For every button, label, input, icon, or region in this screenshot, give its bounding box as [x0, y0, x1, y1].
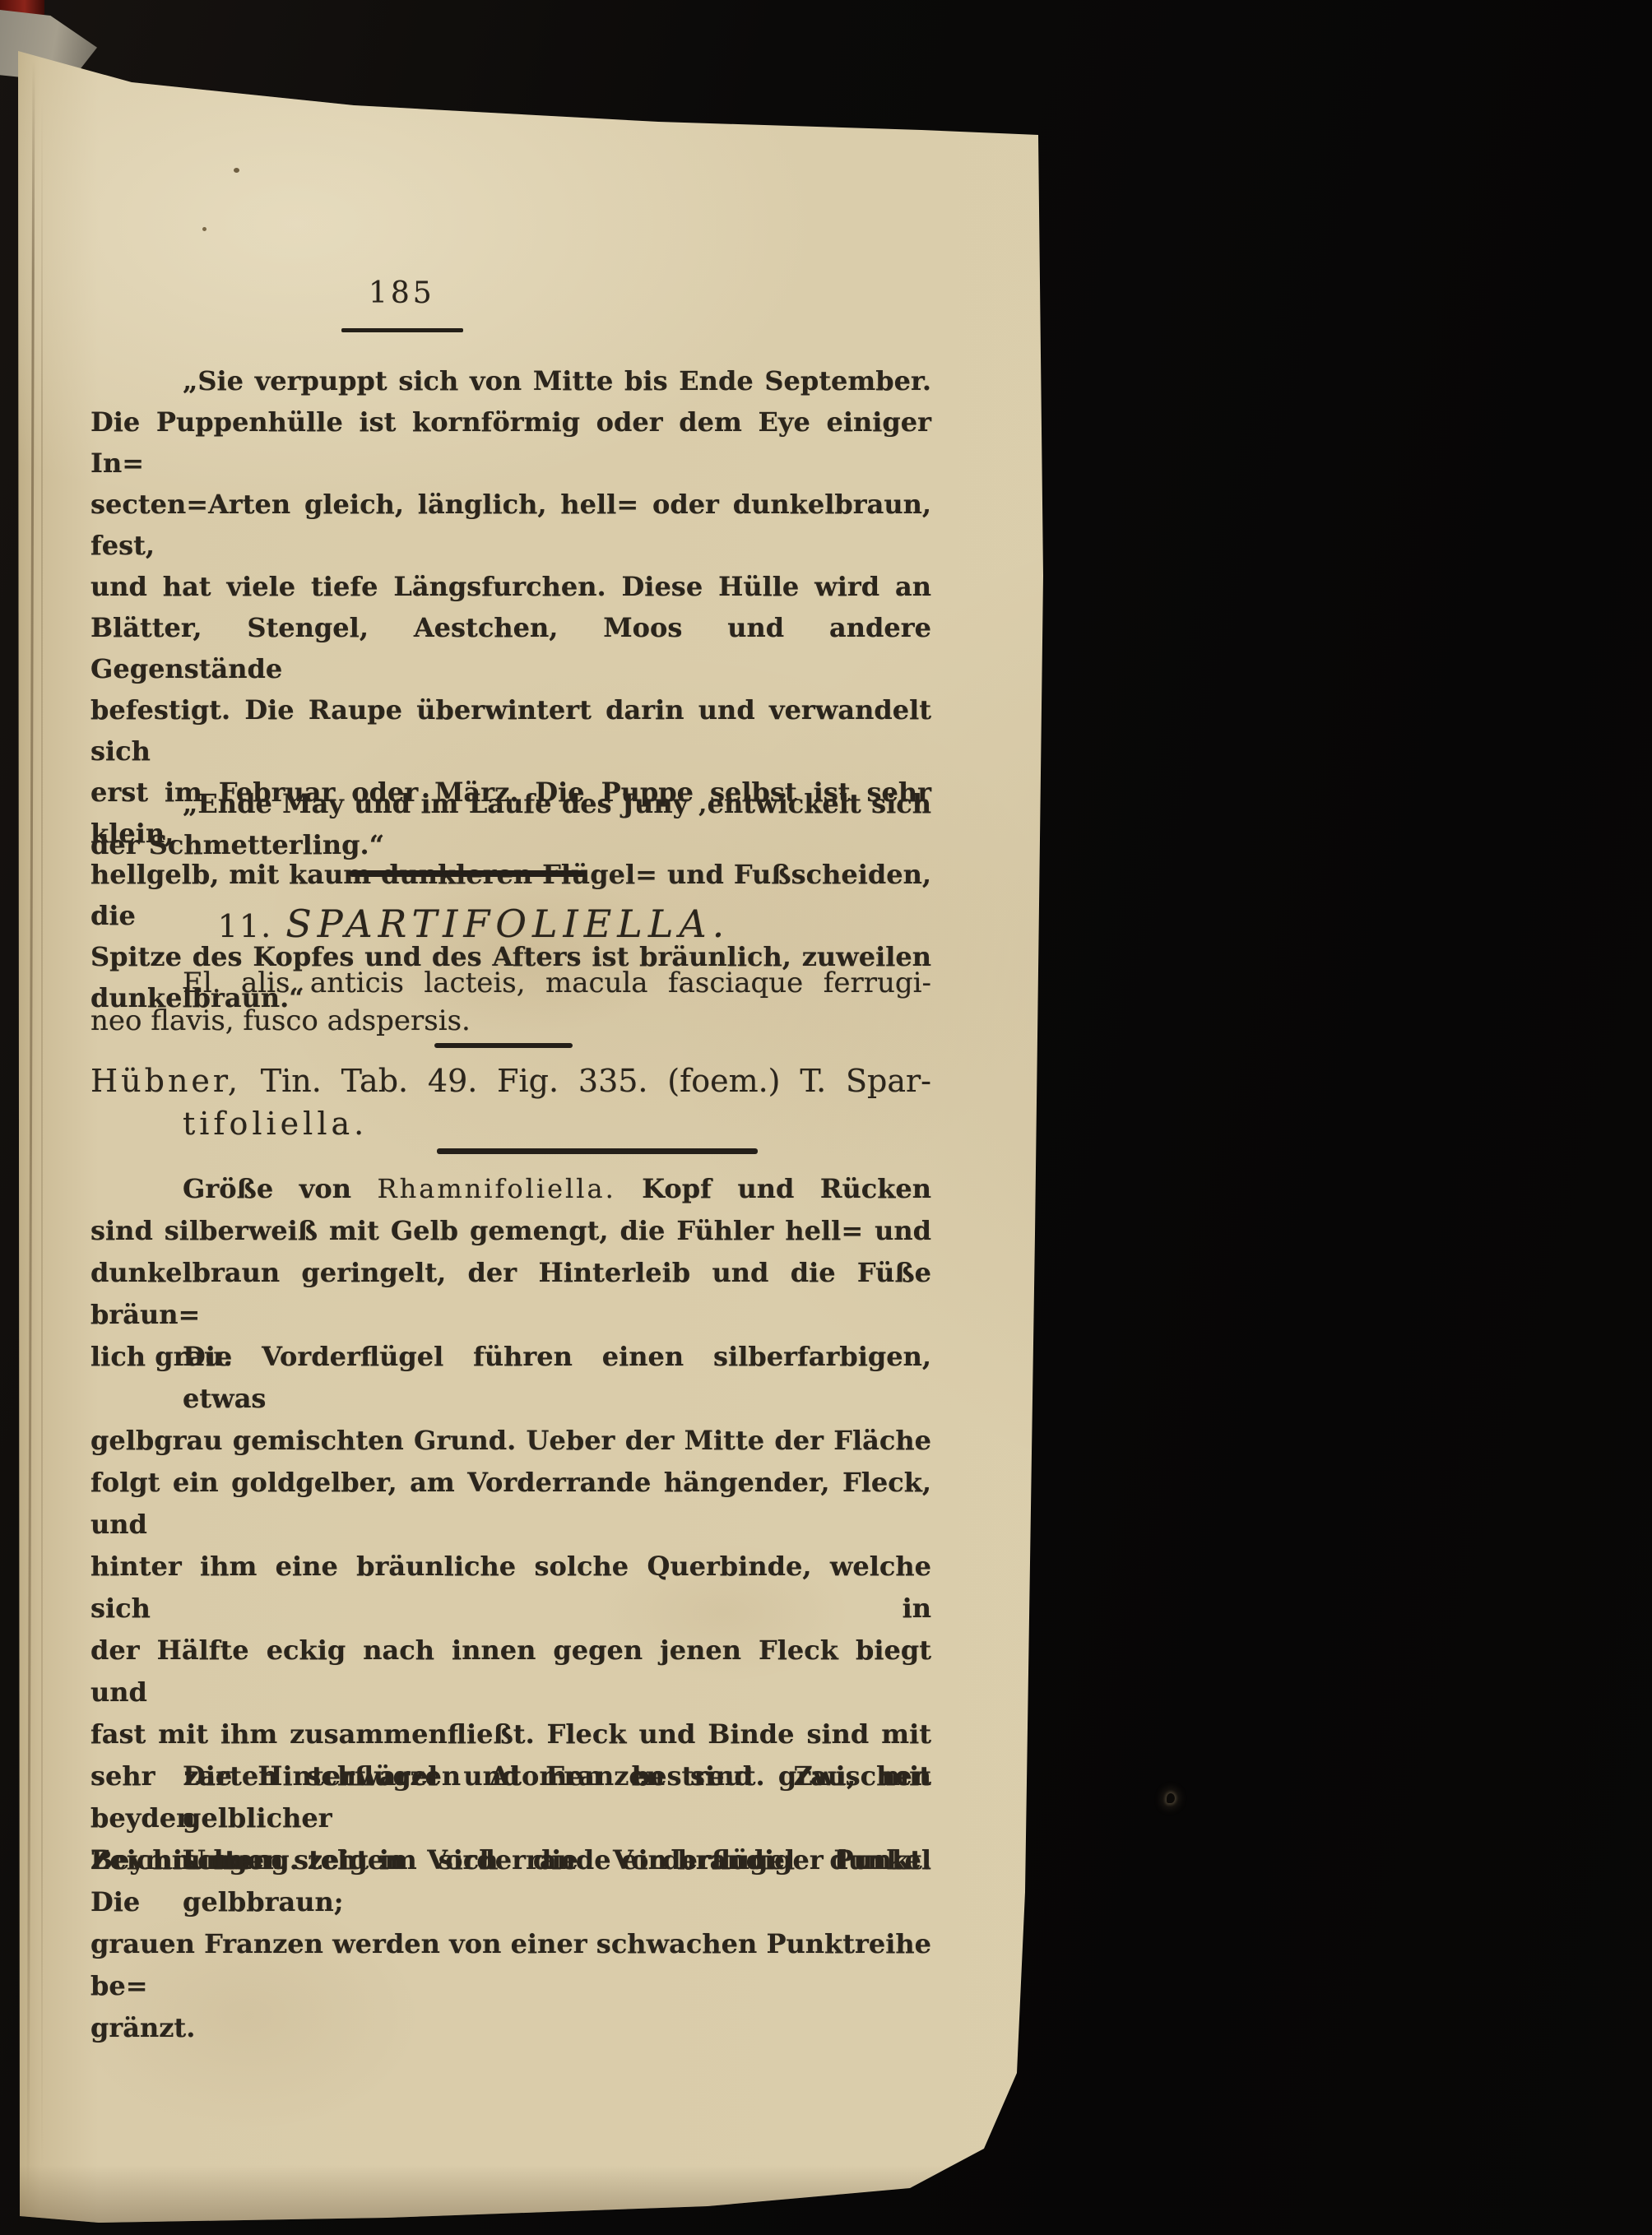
body-text-line: Blätter, Stengel, Aestchen, Moos und and…	[90, 607, 931, 689]
body-text-line: „Ende May und im Laufe des Juny ‚entwick…	[90, 783, 931, 824]
body-text-line: folgt ein goldgelber, am Vorderrande hän…	[90, 1462, 931, 1546]
species-heading: 11.SPARTIFOLIELLA.	[90, 902, 931, 946]
body-text-line: Unten zeigen sich die Vorderflügel dunke…	[90, 1839, 931, 1923]
body-text-line: dunkelbraun geringelt, der Hinterleib un…	[90, 1252, 931, 1336]
body-text-line: der Hälfte eckig nach innen gegen jenen …	[90, 1630, 931, 1713]
species-number: 11.	[218, 908, 272, 944]
body-text-line: befestigt. Die Raupe überwintert darin u…	[90, 689, 931, 772]
body-text-line: gelbgrau gemischten Grund. Ueber der Mit…	[90, 1420, 931, 1462]
page-number-underline	[341, 328, 463, 332]
body-text-line: fast mit ihm zusammenfließt. Fleck und B…	[90, 1713, 931, 1755]
latin-text-line: El. alis anticis lacteis, macula fasciaq…	[90, 964, 931, 1002]
size-tail-text: Kopf und Rücken	[642, 1173, 931, 1204]
body-text-line: Die Vorderflügel führen einen silberfarb…	[90, 1336, 931, 1420]
body-text-line: grauen Franzen werden von einer schwache…	[90, 1923, 931, 2007]
body-text-line: und hat viele tiefe Längsfurchen. Diese …	[90, 566, 931, 607]
reference-divider-bottom	[437, 1148, 758, 1154]
latin-text-line: neo flavis, fusco adspersis.	[90, 1002, 931, 1040]
scanned-book-page-photo: 185 „Sie verpuppt sich von Mitte bis End…	[0, 0, 1652, 2235]
paper-speck	[202, 227, 206, 231]
paragraph-size-first-line: Größe von Rhamnifoliella. Kopf und Rücke…	[90, 1168, 931, 1210]
body-text-line: secten=Arten gleich, länglich, hell= ode…	[90, 484, 931, 566]
section-divider-rule	[350, 870, 587, 877]
compared-species-name: Rhamnifoliella.	[378, 1173, 616, 1204]
body-text-line: Die Puppenhülle ist kornförmig oder dem …	[90, 401, 931, 484]
paragraph-forewings: Die Vorderflügel führen einen silberfarb…	[90, 1336, 931, 2049]
page-crease-line-2	[41, 99, 43, 2172]
latin-diagnosis: El. alis anticis lacteis, macula fasciaq…	[90, 964, 931, 1040]
body-text-line: gränzt.	[90, 2007, 931, 2049]
reference-citation: Tin. Tab. 49. Fig. 335. (foem.) T. Spar-	[261, 1063, 931, 1099]
page-number: 185	[369, 276, 435, 310]
body-text-line: „Sie verpuppt sich von Mitte bis Ende Se…	[90, 360, 931, 401]
reference-block: Hübner, Tin. Tab. 49. Fig. 335. (foem.) …	[90, 1060, 931, 1145]
size-lead-text: Größe von	[183, 1173, 351, 1204]
species-name: SPARTIFOLIELLA.	[285, 902, 730, 946]
paragraph-emergence: „Ende May und im Laufe des Juny ‚entwick…	[90, 783, 931, 865]
reference-author: Hübner,	[90, 1063, 241, 1099]
reference-line: Hübner, Tin. Tab. 49. Fig. 335. (foem.) …	[90, 1060, 931, 1102]
paper-speck	[234, 168, 239, 173]
body-text-line: Die Hinterflügel und Franzen sind grau, …	[90, 1755, 931, 1839]
reference-divider-top	[434, 1043, 573, 1048]
body-text-line: der Schmetterling.“	[90, 824, 931, 865]
body-text-line: sind silberweiß mit Gelb gemengt, die Fü…	[90, 1210, 931, 1252]
body-text-line: hinter ihm eine bräunliche solche Querbi…	[90, 1546, 931, 1630]
paragraph-underside: Unten zeigen sich die Vorderflügel dunke…	[90, 1839, 931, 1923]
background-speck	[1167, 1793, 1175, 1803]
reference-continuation: tifoliella.	[90, 1102, 931, 1145]
